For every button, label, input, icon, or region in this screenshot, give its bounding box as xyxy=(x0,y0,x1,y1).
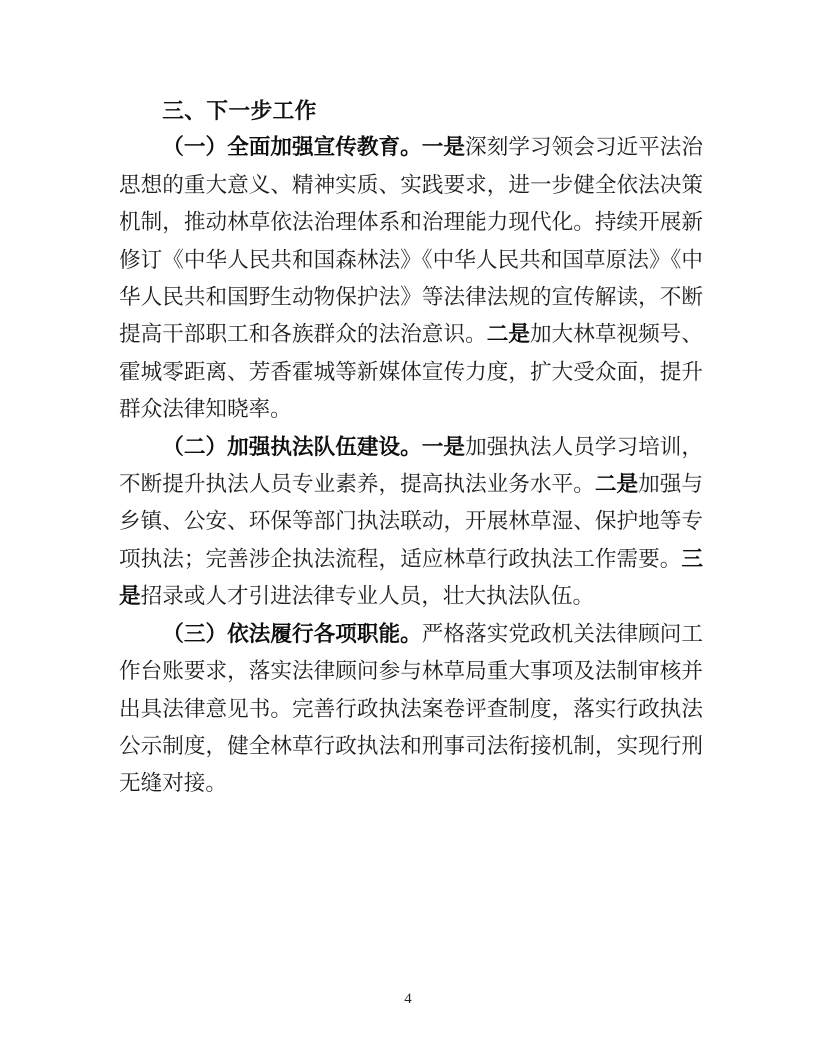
body-text: 深刻学习领会习近平法治思想的重大意义、精神实质、实践要求，进一步健全依法决策机制… xyxy=(119,135,703,346)
body-text: 严格落实党政机关法律顾问工作台账要求，落实法律顾问参与林草局重大事项及法制审核并… xyxy=(119,622,703,796)
emphasis-text: 二是 xyxy=(487,322,530,346)
emphasis-text: 二是 xyxy=(595,472,638,496)
document-content: 三、下一步工作 （一）全面加强宣传教育。一是深刻学习领会习近平法治思想的重大意义… xyxy=(119,92,703,803)
body-text: 招录或人才引进法律专业人员，壮大执法队伍。 xyxy=(141,584,594,608)
section-heading: 三、下一步工作 xyxy=(119,92,703,129)
emphasis-text: （一）全面加强宣传教育。一是 xyxy=(162,135,465,159)
paragraphs-container: （一）全面加强宣传教育。一是深刻学习领会习近平法治思想的重大意义、精神实质、实践… xyxy=(119,129,703,802)
paragraph: （二）加强执法队伍建设。一是加强执法人员学习培训，不断提升执法人员专业素养，提高… xyxy=(119,429,703,616)
paragraph: （一）全面加强宣传教育。一是深刻学习领会习近平法治思想的重大意义、精神实质、实践… xyxy=(119,129,703,428)
paragraph: （三）依法履行各项职能。严格落实党政机关法律顾问工作台账要求，落实法律顾问参与林… xyxy=(119,616,703,803)
page-number: 4 xyxy=(0,991,816,1008)
emphasis-text: （二）加强执法队伍建设。一是 xyxy=(162,435,465,459)
emphasis-text: （三）依法履行各项职能。 xyxy=(162,622,422,646)
document-page: 三、下一步工作 （一）全面加强宣传教育。一是深刻学习领会习近平法治思想的重大意义… xyxy=(0,0,816,1056)
